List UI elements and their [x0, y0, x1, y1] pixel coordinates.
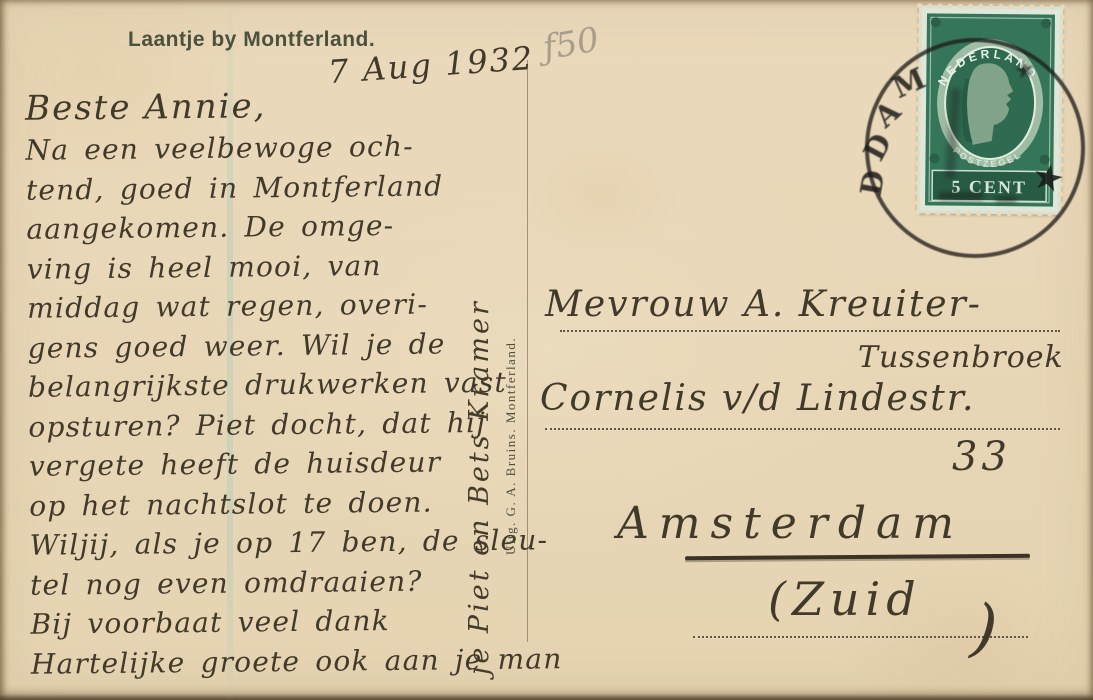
district-close-paren: ): [968, 591, 1001, 667]
vertical-signature: je Piet en Bets Kramer: [464, 225, 495, 675]
house-number: 33: [952, 434, 1011, 480]
city-name: Amsterdam: [617, 498, 964, 549]
printed-caption: Laantje by Montferland.: [128, 28, 375, 52]
city-underline: [685, 554, 1030, 560]
postmark-star-icon: ★: [1012, 55, 1037, 86]
postmark-smudge: [938, 192, 984, 200]
addressee-name: Mevrouw A. Kreuiter-: [545, 284, 982, 325]
postcard-back: Laantje by Montferland. ƒ50 7 Aug 1932 B…: [0, 0, 1093, 700]
address-dotted-line-2: [545, 428, 1060, 430]
publisher-imprint: Uitg. G. A. Bruins. Montferland.: [503, 225, 519, 555]
message-line: tend, goed in Montferland: [26, 165, 558, 210]
postmark-letter: D: [854, 168, 892, 199]
postmark-smudge: [995, 196, 1017, 203]
street-line: Cornelis v/d Lindestr.: [540, 378, 975, 419]
message-line: Na een veelbewoge och-: [25, 125, 557, 170]
card-edge-shadow: [0, 694, 1093, 700]
address-dotted-line-1: [560, 330, 1060, 332]
district-name: (Zuid: [768, 572, 922, 626]
pencil-price-mark: ƒ50: [540, 19, 602, 68]
greeting: Beste Annie,: [25, 81, 557, 131]
addressee-name-2: Tussenbroek: [858, 340, 1064, 375]
